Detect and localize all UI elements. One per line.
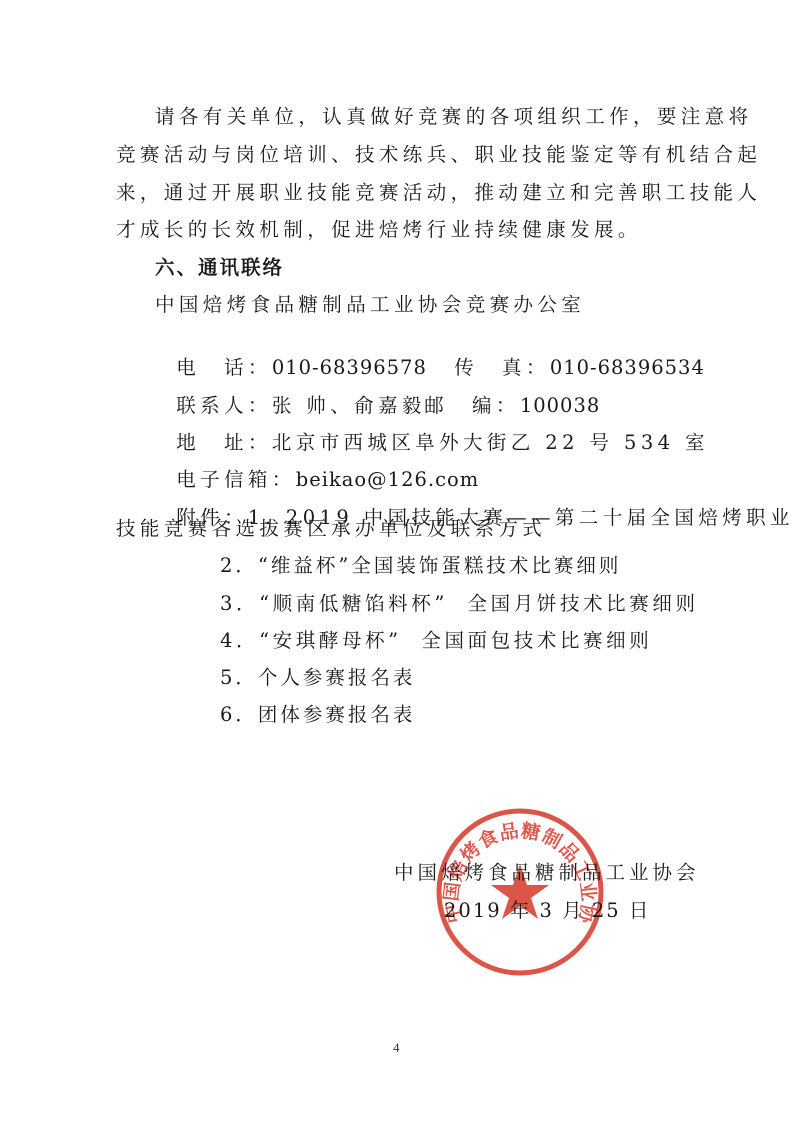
attachment-item-2: 2．“维益杯”全国装饰蛋糕技术比赛细则	[220, 553, 621, 579]
signature-organization: 中国焙烤食品糖制品工业协会	[394, 857, 700, 885]
paragraph-line: 来，通过开展职业技能竞赛活动，推动建立和完善职工技能人	[116, 180, 761, 206]
section-heading: 六、通讯联络	[155, 255, 284, 281]
attachment-item-6: 6．团体参赛报名表	[220, 702, 415, 728]
paragraph-line: 才成长的长效机制，促进焙烤行业持续健康发展。	[116, 217, 642, 243]
official-seal-icon: 中国焙烤食品糖制品工业协会	[434, 806, 606, 978]
attachment-item-1-cont: 技能竞赛各选拔赛区承办单位及联系方式	[116, 516, 546, 542]
page-number: 4	[393, 1040, 400, 1056]
paragraph-line: 竞赛活动与岗位培训、技术练兵、职业技能鉴定等有机结合起	[116, 142, 761, 168]
attachment-item-5: 5．个人参赛报名表	[220, 665, 415, 691]
attachment-item-3: 3．“顺南低糖馅料杯” 全国月饼技术比赛细则	[220, 591, 699, 617]
paragraph-line: 请各有关单位，认真做好竞赛的各项组织工作，要注意将	[155, 104, 753, 130]
office-name: 中国焙烤食品糖制品工业协会竞赛办公室	[155, 292, 585, 318]
attachment-item-4: 4．“安琪酵母杯” 全国面包技术比赛细则	[220, 628, 652, 654]
signature-date: 2019 年 3 月 25 日	[444, 895, 650, 923]
